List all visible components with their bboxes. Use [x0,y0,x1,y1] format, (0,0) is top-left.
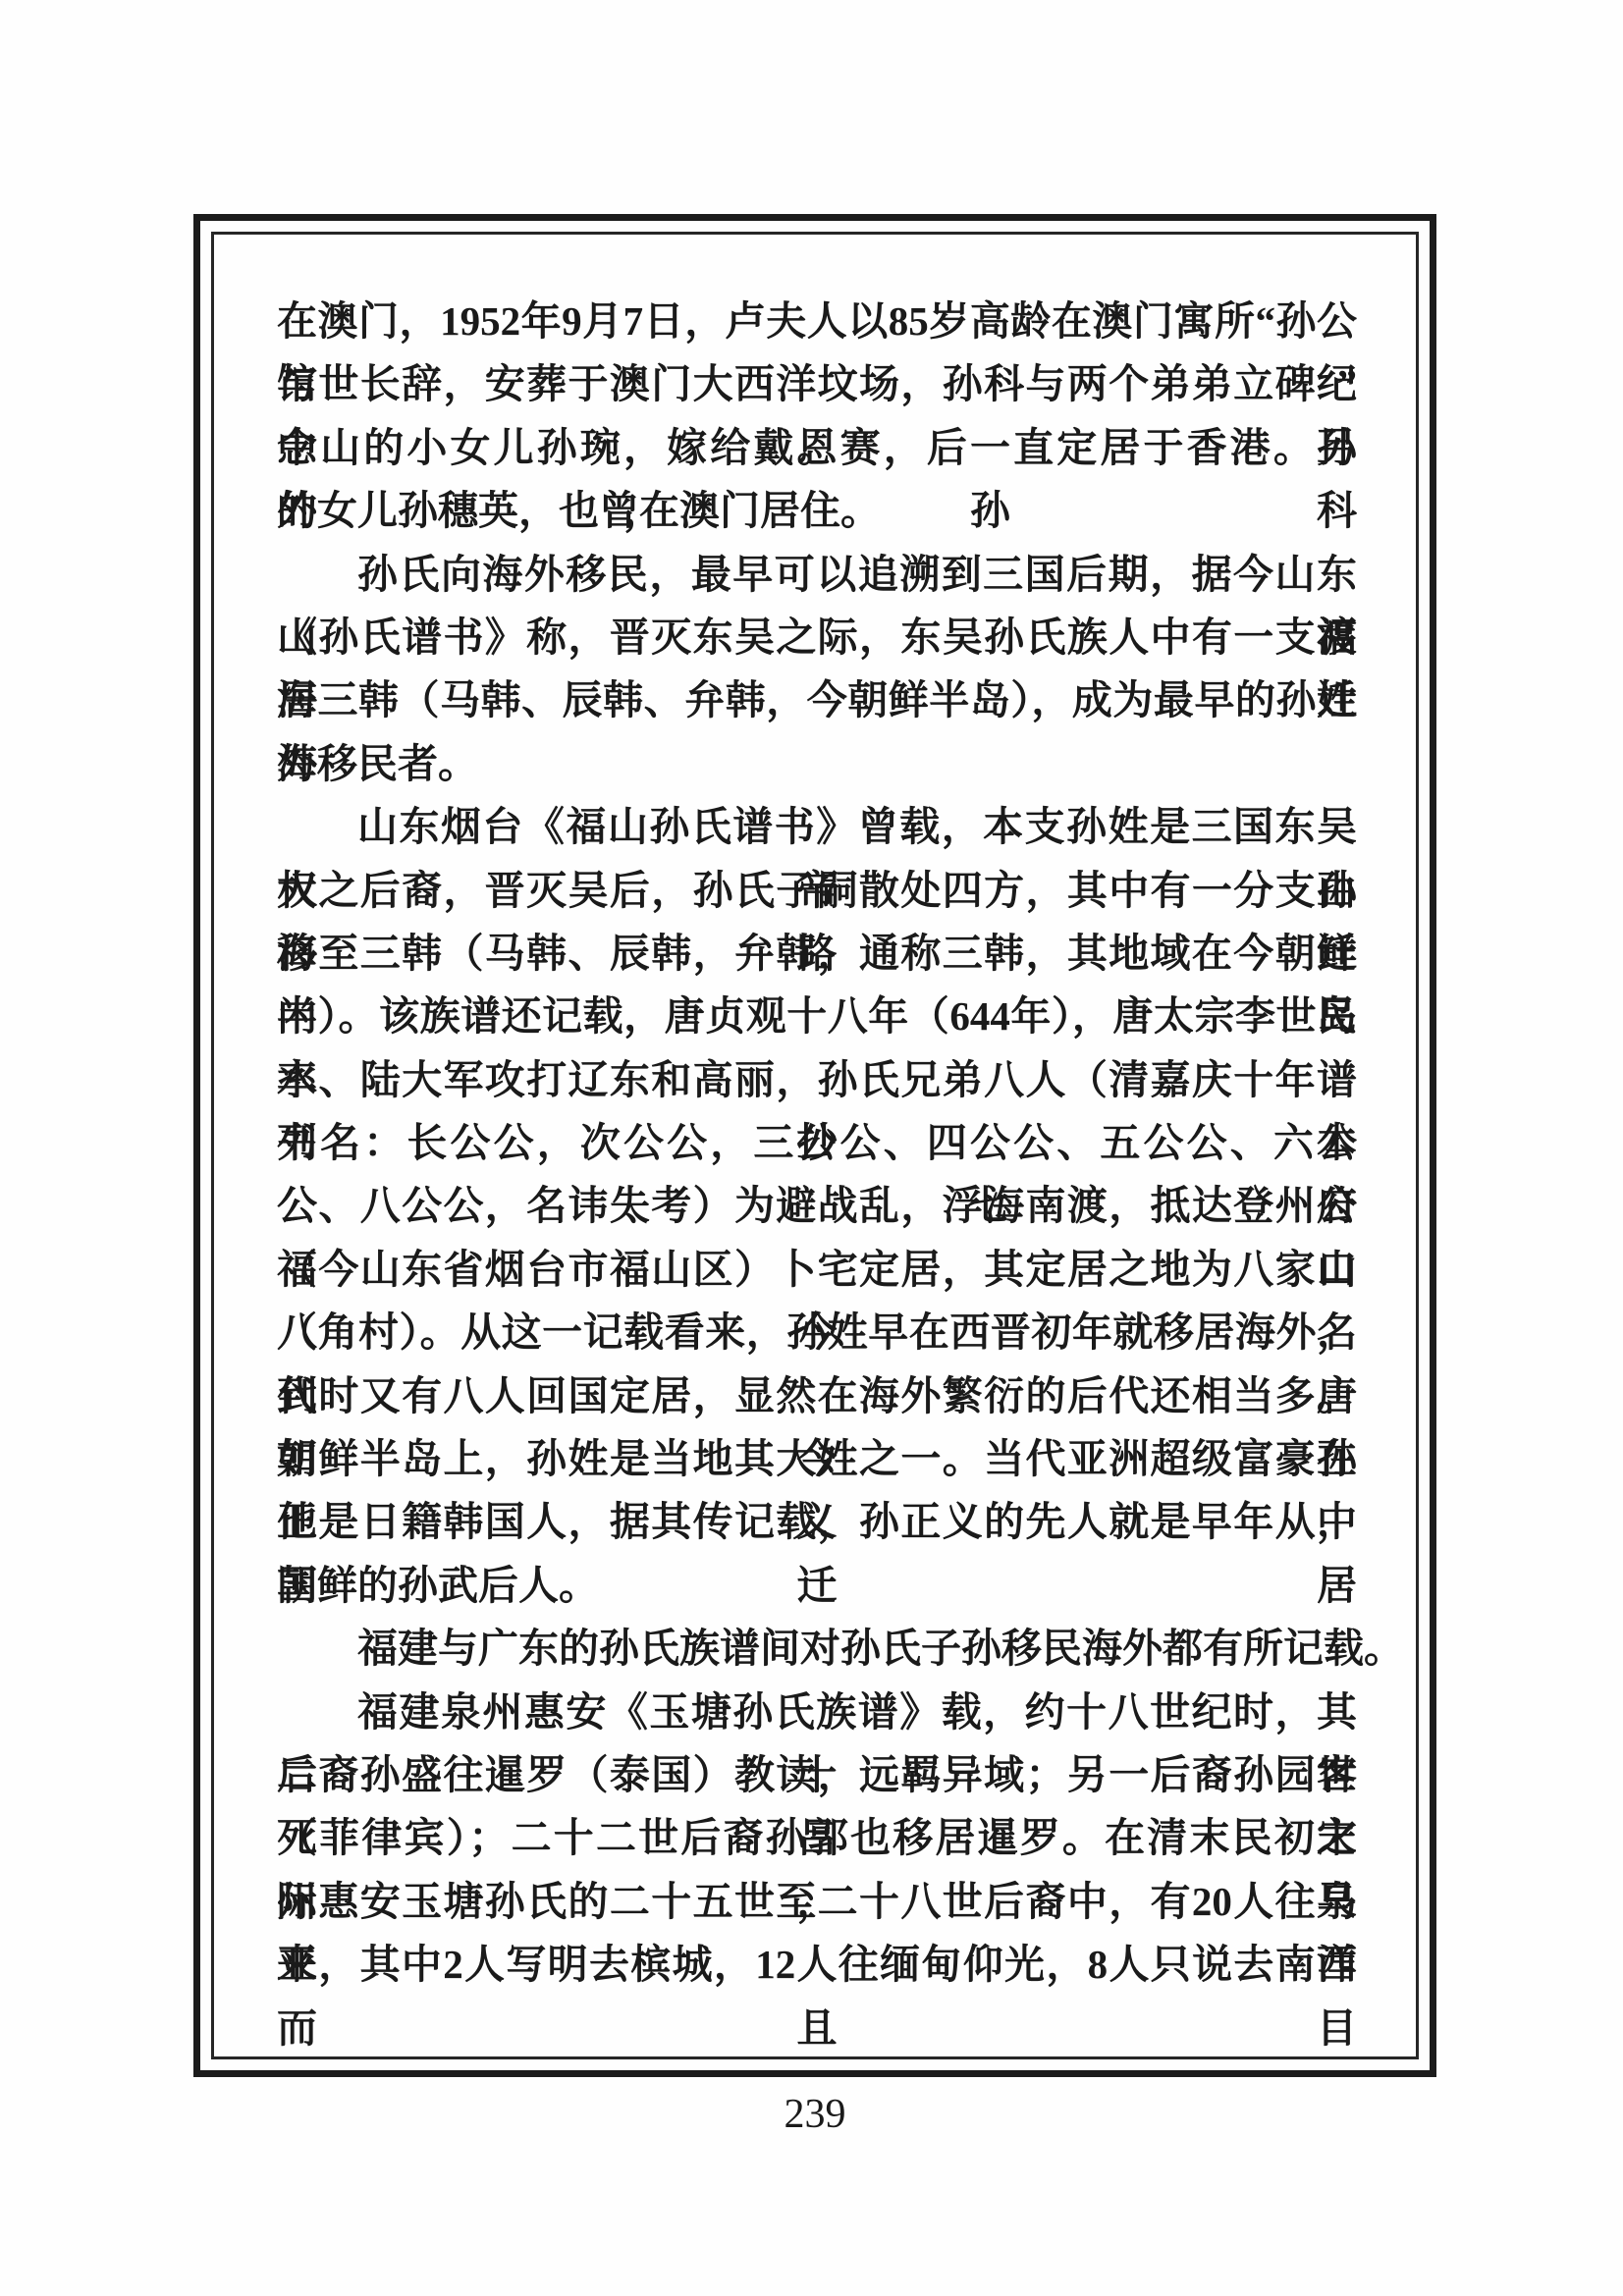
text-line: 孙氏向海外移民，最早可以追溯到三国后期，据今山东《福 [277,543,1357,606]
text-line: 中山的小女儿孙琬，嫁给戴恩赛，后一直定居于香港。另外，孙科 [277,416,1357,479]
text-line: 州惠安玉塘孙氏的二十五世至二十八世后裔中，有20人往马来西 [277,1870,1357,1933]
text-line: 代时又有八人回国定居，显然在海外繁衍的后代还相当多。如今在 [277,1364,1357,1427]
text-line: （今山东省烟台市福山区）卜宅定居，其定居之地为八家口（今名 [277,1238,1357,1301]
text-line: 居三韩（马韩、辰韩、弁韩，今朝鲜半岛），成为最早的孙姓海 [277,668,1357,731]
text-line: 外移民者。 [277,732,1357,795]
text-line: 移至三韩（马韩、辰韩，弁韩，通称三韩，其地域在今朝鲜半岛 [277,922,1357,985]
text-line: 朝鲜半岛上，孙姓是当地其大姓之一。当代亚洲超级富豪孙正义， [277,1427,1357,1490]
text-line: 列名：长公公，次公公，三公公、四公公、五公公、六公公、七公 [277,1111,1357,1174]
text-line: 水、陆大军攻打辽东和高丽，孙氏兄弟八人（清嘉庆十年谱书抄本 [277,1048,1357,1111]
text-line: 权之后裔，晋灭吴后，孙氏子嗣散处四方，其中有一分支由海路迁 [277,859,1357,922]
text-line: 福建与广东的孙氏族谱间对孙氏子孙移民海外都有所记载。 [277,1617,1357,1680]
body-text: 在澳门，1952年9月7日，卢夫人以85岁高龄在澳门寓所“孙公馆”与世长辞，安葬… [277,290,1357,1997]
text-line: 与世长辞，安葬于澳门大西洋坟场，孙科与两个弟弟立碑纪念。孙 [277,352,1357,415]
text-line: 在澳门，1952年9月7日，卢夫人以85岁高龄在澳门寓所“孙公馆” [277,290,1357,352]
text-line: 山东烟台《福山孙氏谱书》曾载，本支孙姓是三国东吴大帝孙 [277,795,1357,858]
text-line: 他是日籍韩国人，据其传记载，孙正义的先人就是早年从中国迁居 [277,1490,1357,1553]
page-border-inner: 在澳门，1952年9月7日，卢夫人以85岁高龄在澳门寓所“孙公馆”与世长辞，安葬… [211,232,1419,2059]
text-line: （菲律宾）；二十二世后裔孙郭也移居暹罗。在清末民初之际，泉 [277,1806,1357,1869]
text-line: 八角村）。从这一记载看来，孙姓早在西晋初年就移居海外，到唐 [277,1301,1357,1363]
text-line: 福建泉州惠安《玉塘孙氏族谱》载，约十八世纪时，其二十世 [277,1681,1357,1743]
text-line: 内）。该族谱还记载，唐贞观十八年（644年），唐太宗李世民率 [277,985,1357,1047]
book-page: 在澳门，1952年9月7日，卢夫人以85岁高龄在澳门寓所“孙公馆”与世长辞，安葬… [0,0,1623,2296]
text-line: 公、八公公，名讳失考）为避战乱，浮海南渡，抵达登州府福山 [277,1174,1357,1237]
page-border-outer: 在澳门，1952年9月7日，卢夫人以85岁高龄在澳门寓所“孙公馆”与世长辞，安葬… [193,214,1436,2077]
text-line: 山孙氏谱书》称，晋灭东吴之际，东吴孙氏族人中有一支渡海迁 [277,606,1357,668]
page-number: 239 [0,2091,1623,2138]
text-line: 后裔孙盛往暹罗（泰国）教读，远羁异域；另一后裔孙园客死吕宋 [277,1743,1357,1806]
text-line: 亚，其中2人写明去槟城，12人往缅甸仰光，8人只说去南洋而且目 [277,1933,1357,1996]
